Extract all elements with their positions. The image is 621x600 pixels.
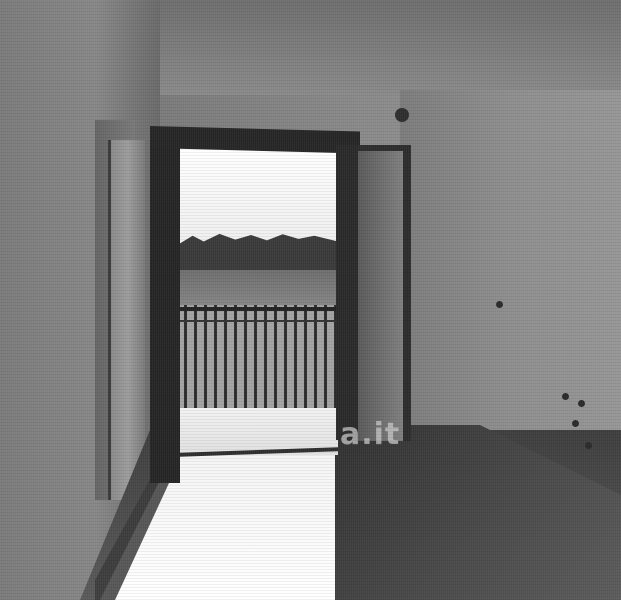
wall-spot [578,400,585,407]
radiator [108,140,145,500]
field [180,270,338,310]
door-frame-right [336,145,360,440]
wall-spot [572,420,579,427]
wall-spot [585,442,592,449]
sky [180,147,338,242]
watermark: a.it [340,417,400,452]
open-door-leaf [358,145,411,441]
door-frame-left [150,128,180,483]
wall-spot [562,393,569,400]
ceiling-lamp-icon [395,108,409,122]
railing-top-bar [180,307,338,311]
wall-spot [496,301,503,308]
room-photo: a.it [0,0,621,600]
railing-upper-bar [180,320,338,322]
